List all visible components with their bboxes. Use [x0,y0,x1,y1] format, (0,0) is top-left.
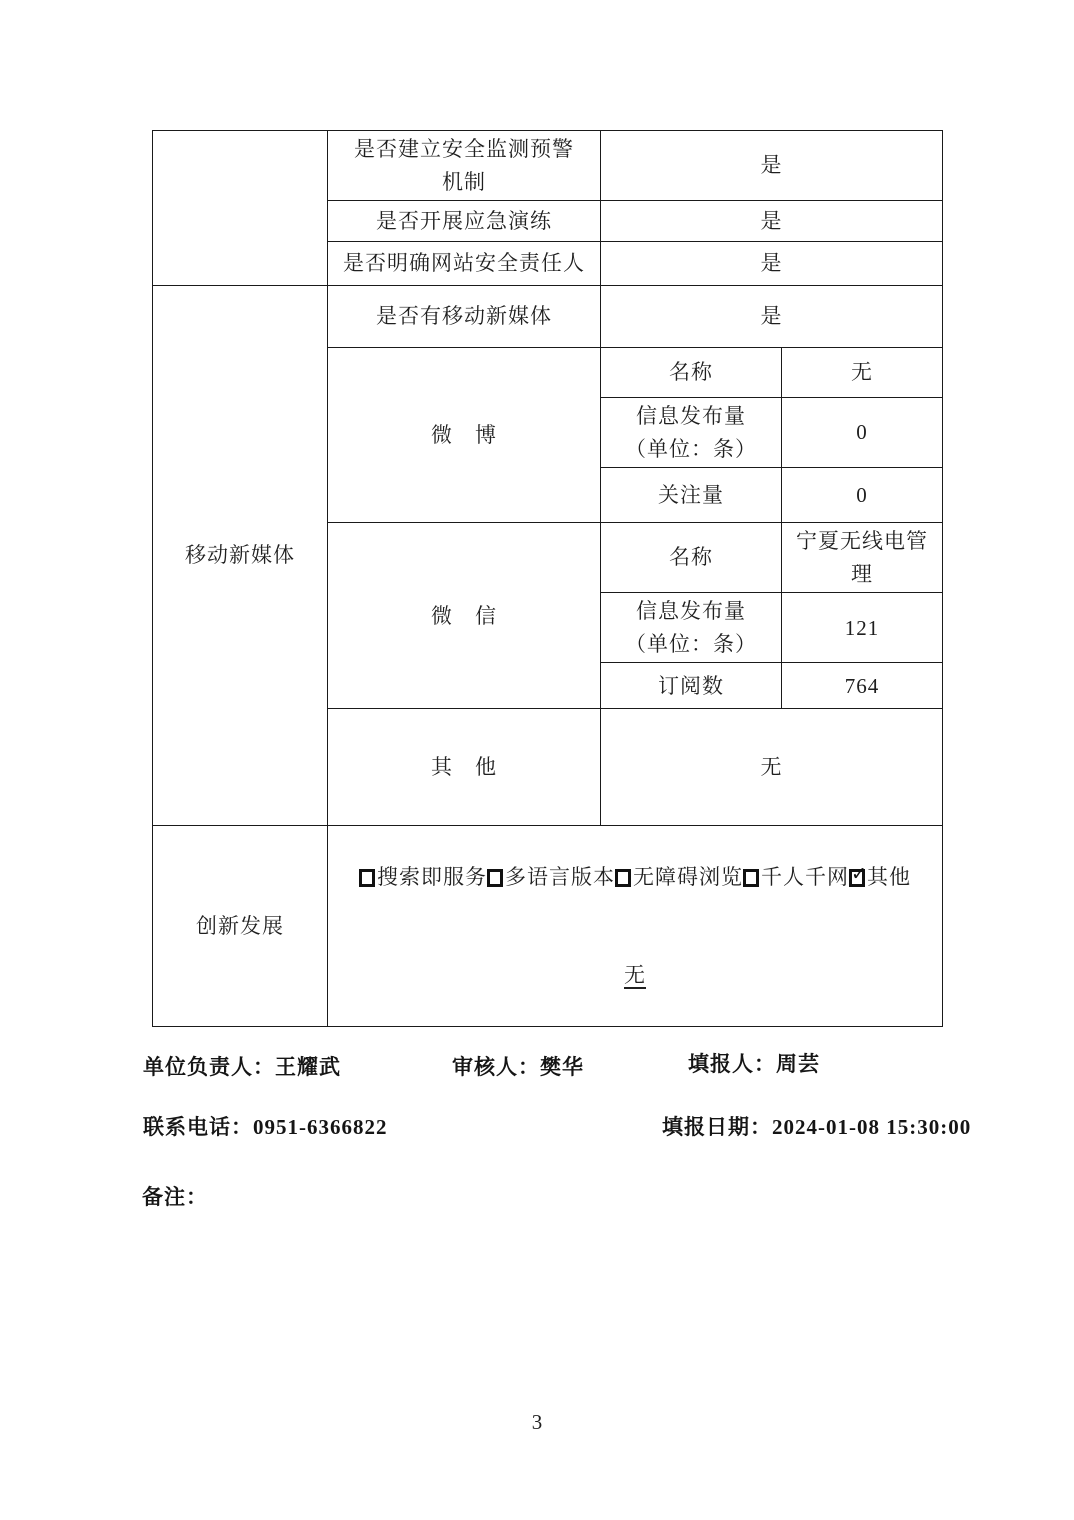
unit-head-value: 王耀武 [275,1055,341,1079]
filler-label: 填报人： [688,1052,776,1076]
document-page: 是否建立安全监测预警 机制 是 是否开展应急演练 是 是否明确网站安全责任人 是… [0,0,1074,1520]
wechat-label: 微 信 [328,523,601,709]
security-answer-monitoring: 是 [601,131,943,201]
reviewer-value: 樊华 [540,1055,584,1079]
security-answer-responsible: 是 [601,242,943,286]
weibo-posts-value: 0 [782,398,943,468]
has-mobile-media-question: 是否有移动新媒体 [328,286,601,348]
checkbox-multilingual-icon[interactable] [487,869,503,887]
security-question-responsible: 是否明确网站安全责任人 [328,242,601,286]
contact-phone-label: 联系电话： [143,1115,253,1139]
checkbox-search-service-icon[interactable] [359,869,375,887]
wechat-posts-value: 121 [782,593,943,663]
innovation-option-label: 多语言版本 [505,865,615,889]
fill-date-field: 填报日期：2024-01-08 15:30:00 [662,1111,971,1141]
innovation-other-line: 无 [334,926,936,991]
wechat-subscribers-value: 764 [782,663,943,709]
innovation-option-label: 千人千网 [761,865,849,889]
weibo-name-value: 无 [782,348,943,398]
page-number: 3 [0,1410,1074,1435]
other-media-value: 无 [601,709,943,826]
security-question-drill: 是否开展应急演练 [328,201,601,242]
innovation-option-label: 搜索即服务 [377,865,487,889]
innovation-section-label: 创新发展 [153,826,328,1026]
security-question-monitoring: 是否建立安全监测预警 机制 [328,131,601,201]
weibo-name-label: 名称 [601,348,782,398]
innovation-option: 多语言版本 [487,865,615,889]
innovation-option: 其他 [849,865,911,889]
innovation-option-label: 其他 [867,865,911,889]
contact-phone-field: 联系电话：0951-6366822 [143,1111,388,1141]
innovation-other-text: 无 [624,963,646,987]
weibo-followers-value: 0 [782,468,943,523]
checkbox-other-icon[interactable] [849,869,865,887]
innovation-option-label: 无障碍浏览 [633,865,743,889]
innovation-option: 无障碍浏览 [615,865,743,889]
reviewer-label: 审核人： [452,1055,540,1079]
remarks-label: 备注： [142,1185,208,1209]
weibo-label: 微 博 [328,348,601,523]
other-media-label: 其 他 [328,709,601,826]
wechat-name-label: 名称 [601,523,782,593]
innovation-options-line: 搜索即服务多语言版本无障碍浏览千人千网其他 [334,861,936,894]
wechat-name-value: 宁夏无线电管理 [782,523,943,593]
reviewer-field: 审核人：樊华 [452,1051,584,1081]
filler-value: 周芸 [776,1052,820,1076]
weibo-posts-label: 信息发布量 （单位：条） [601,398,782,468]
wechat-posts-label: 信息发布量 （单位：条） [601,593,782,663]
report-table: 是否建立安全监测预警 机制 是 是否开展应急演练 是 是否明确网站安全责任人 是… [152,130,943,1027]
fill-date-label: 填报日期： [662,1115,772,1139]
wechat-subscribers-label: 订阅数 [601,663,782,709]
security-answer-drill: 是 [601,201,943,242]
mobile-media-section-label: 移动新媒体 [153,286,328,826]
unit-head-field: 单位负责人：王耀武 [143,1051,341,1081]
innovation-content-cell: 搜索即服务多语言版本无障碍浏览千人千网其他 无 [328,826,943,1026]
fill-date-value: 2024-01-08 15:30:00 [772,1115,971,1139]
innovation-option: 千人千网 [743,865,849,889]
filler-field: 填报人：周芸 [688,1048,820,1078]
checkbox-accessibility-icon[interactable] [615,869,631,887]
checkbox-personalized-icon[interactable] [743,869,759,887]
weibo-followers-label: 关注量 [601,468,782,523]
unit-head-label: 单位负责人： [143,1055,275,1079]
remarks-field: 备注： [142,1181,208,1211]
innovation-option: 搜索即服务 [359,865,487,889]
has-mobile-media-answer: 是 [601,286,943,348]
contact-phone-value: 0951-6366822 [253,1115,388,1139]
security-section-cell [153,131,328,286]
